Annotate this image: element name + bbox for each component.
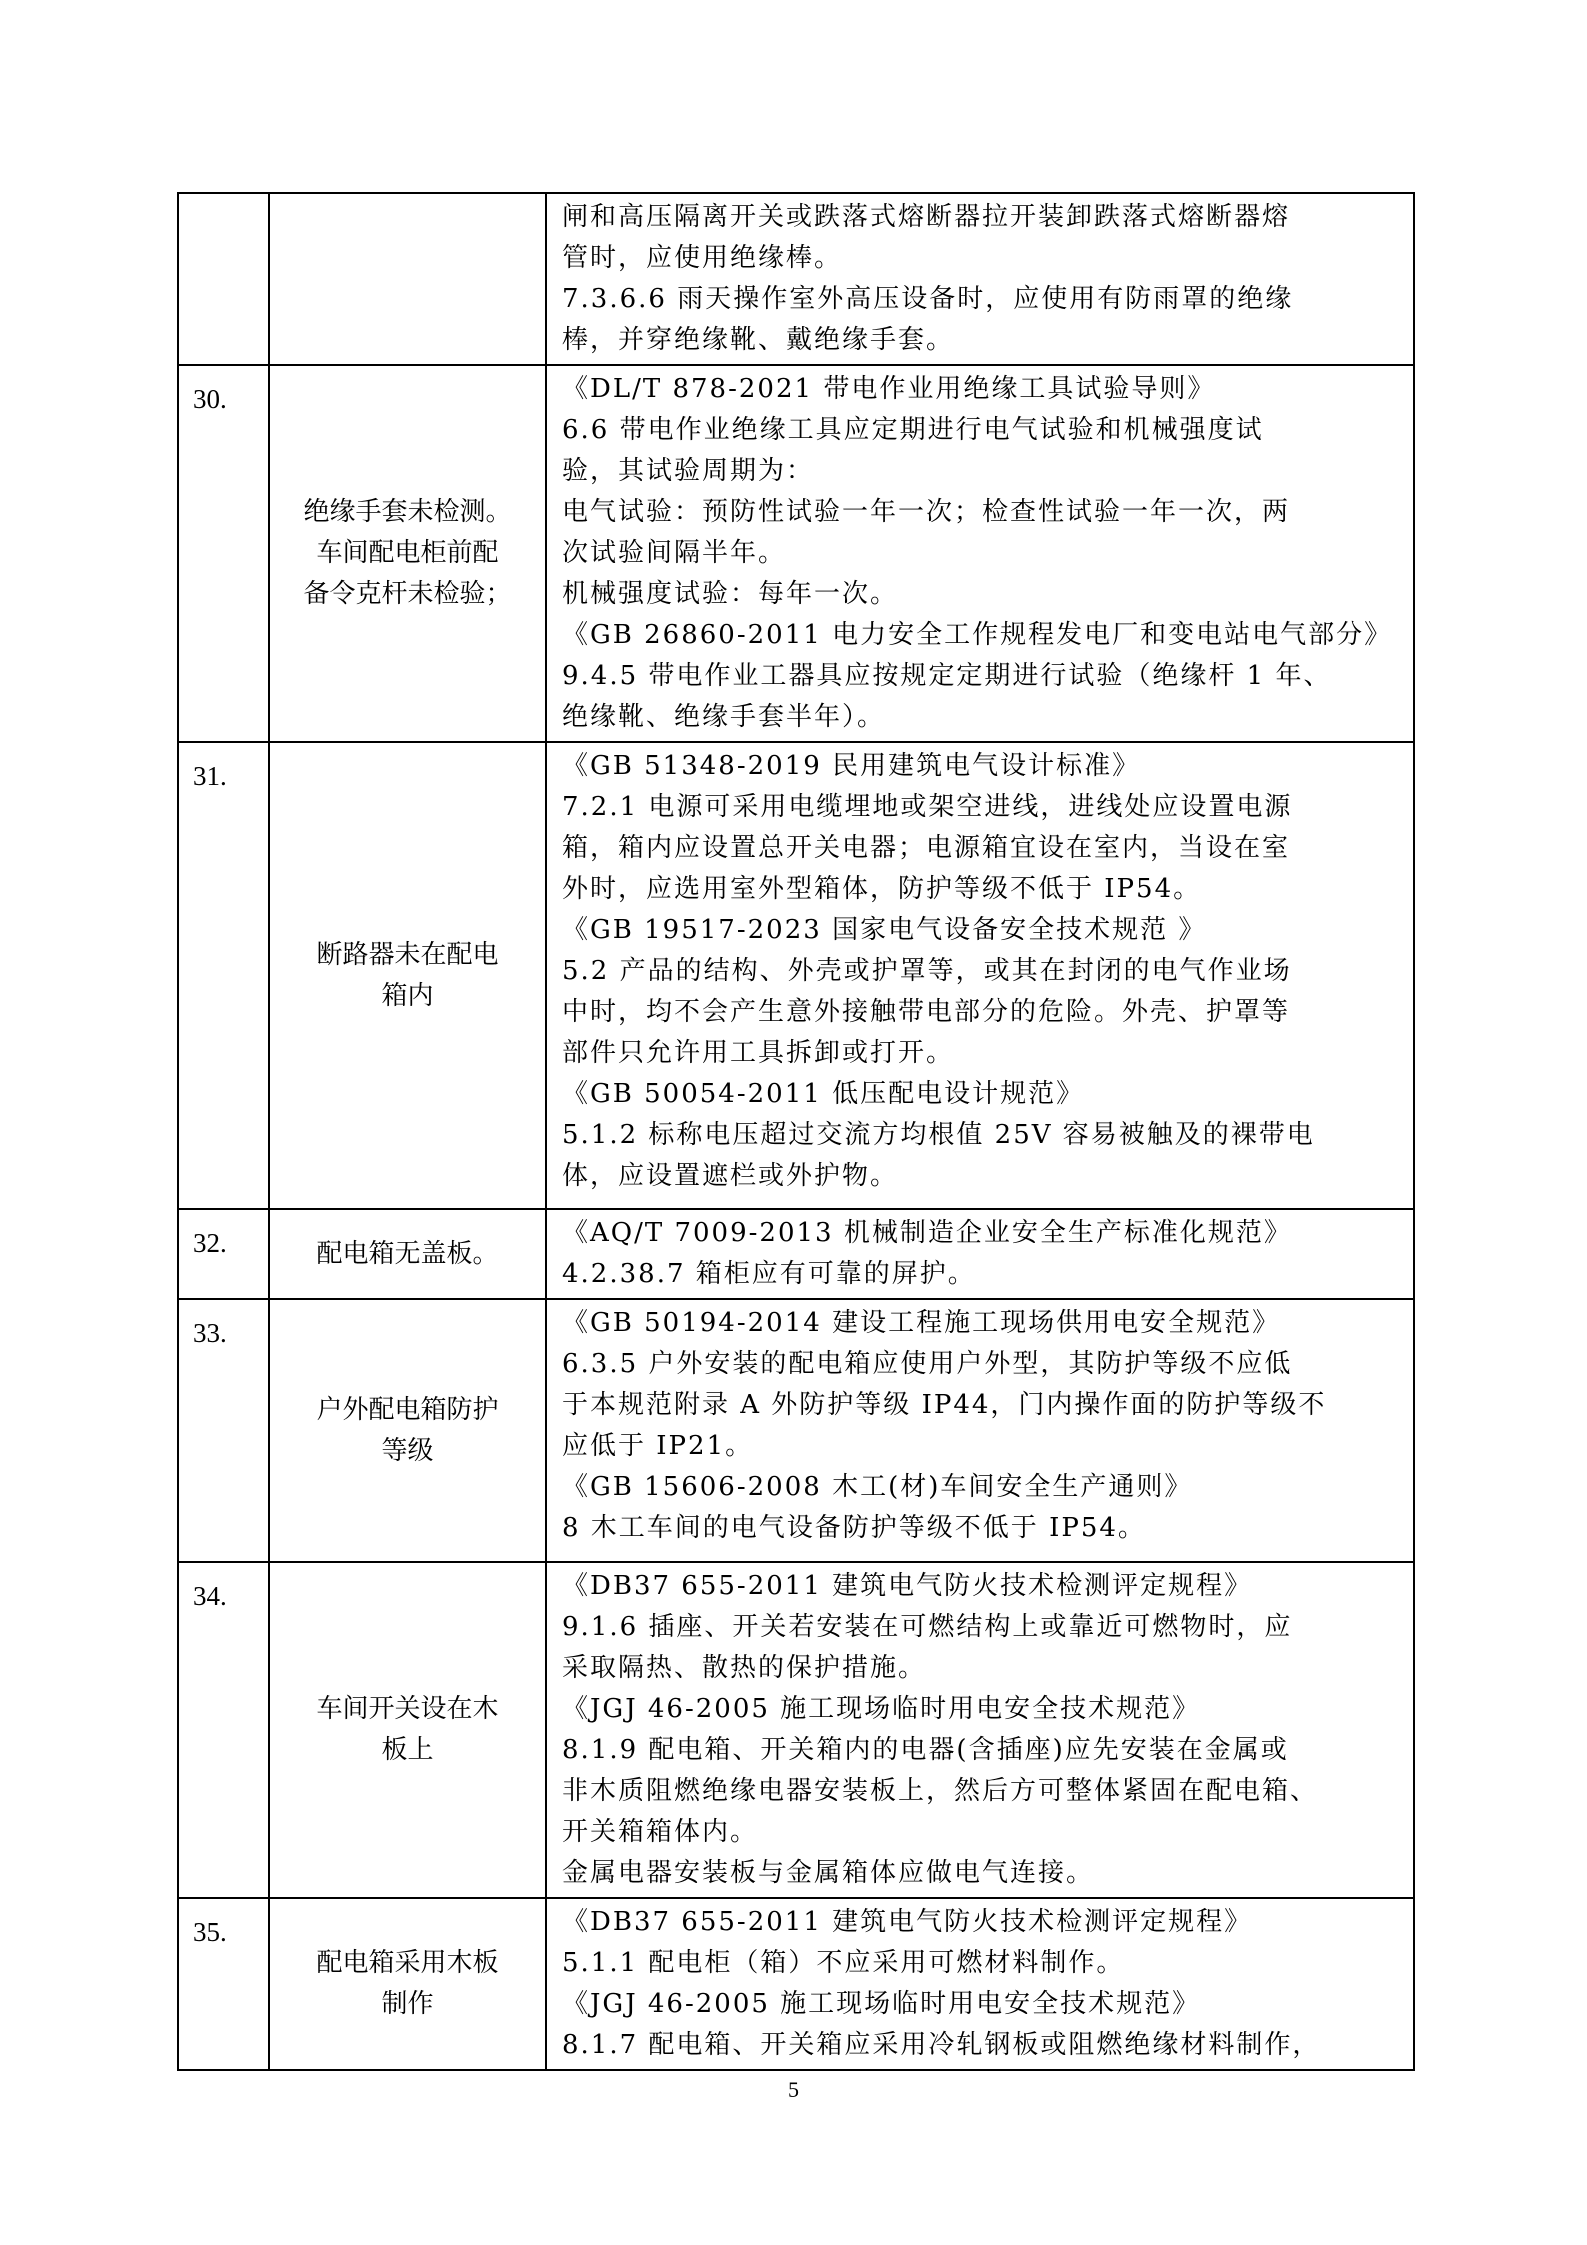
- item-number-cell: 34.: [178, 1562, 269, 1898]
- clause-text: 于本规范附录 A 外防护等级 IP44，门内操作面的防护等级不: [562, 1385, 1403, 1426]
- hazard-description-cell: [269, 193, 546, 365]
- standard-reference: 《DL/T 878-2021 带电作业用绝缘工具试验导则》: [562, 369, 1403, 410]
- clause-text: 5.1.2 标称电压超过交流方均根值 25V 容易被触及的裸带电: [562, 1115, 1403, 1156]
- clause-text: 次试验间隔半年。: [562, 533, 1403, 574]
- standard-reference: 《GB 19517-2023 国家电气设备安全技术规范 》: [562, 910, 1403, 951]
- clause-text: 采取隔热、散热的保护措施。: [562, 1648, 1403, 1689]
- hazard-description-line: 车间配电柜前配: [274, 533, 541, 574]
- standard-reference: 《GB 50194-2014 建设工程施工现场供用电安全规范》: [562, 1303, 1403, 1344]
- hazard-description-line: 制作: [274, 1984, 541, 2025]
- clause-text: 体，应设置遮栏或外护物。: [562, 1156, 1403, 1197]
- clause-text: 7.2.1 电源可采用电缆埋地或架空进线，进线处应设置电源: [562, 787, 1403, 828]
- hazard-description-line: 等级: [274, 1431, 541, 1472]
- hazard-description-cell: 配电箱采用木板制作: [269, 1898, 546, 2070]
- clause-text: 绝缘靴、绝缘手套半年）。: [562, 697, 1403, 738]
- hazard-description-cell: 车间开关设在木板上: [269, 1562, 546, 1898]
- standard-reference: 《GB 50054-2011 低压配电设计规范》: [562, 1074, 1403, 1115]
- item-number: 31.: [179, 743, 268, 791]
- regulation-basis-cell: 《DB37 655-2011 建筑电气防火技术检测评定规程》5.1.1 配电柜（…: [546, 1898, 1414, 2070]
- clause-text: 8.1.9 配电箱、开关箱内的电器(含插座)应先安装在金属或: [562, 1730, 1403, 1771]
- hazard-description-cell: 断路器未在配电箱内: [269, 742, 546, 1209]
- hazard-description: 车间开关设在木板上: [270, 1689, 545, 1771]
- page-number: 5: [0, 2077, 1587, 2103]
- standard-reference: 《GB 15606-2008 木工(材)车间安全生产通则》: [562, 1467, 1403, 1508]
- document-page: 闸和高压隔离开关或跌落式熔断器拉开装卸跌落式熔断器熔管时，应使用绝缘棒。7.3.…: [0, 0, 1587, 2245]
- regulation-basis: 《DB37 655-2011 建筑电气防火技术检测评定规程》9.1.6 插座、开…: [547, 1563, 1413, 1897]
- regulation-basis-cell: 《GB 51348-2019 民用建筑电气设计标准》7.2.1 电源可采用电缆埋…: [546, 742, 1414, 1209]
- regulation-basis: 《DB37 655-2011 建筑电气防火技术检测评定规程》5.1.1 配电柜（…: [547, 1899, 1413, 2069]
- hazard-description-cell: 配电箱无盖板。: [269, 1209, 546, 1299]
- clause-text: 开关箱箱体内。: [562, 1812, 1403, 1853]
- clause-text: 管时，应使用绝缘棒。: [562, 238, 1403, 279]
- item-number: 35.: [179, 1899, 268, 1947]
- clause-text: 闸和高压隔离开关或跌落式熔断器拉开装卸跌落式熔断器熔: [562, 197, 1403, 238]
- regulation-basis: 闸和高压隔离开关或跌落式熔断器拉开装卸跌落式熔断器熔管时，应使用绝缘棒。7.3.…: [547, 194, 1413, 364]
- standard-reference: 《AQ/T 7009-2013 机械制造企业安全生产标准化规范》: [562, 1213, 1403, 1254]
- clause-text: 8.1.7 配电箱、开关箱应采用冷轧钢板或阻燃绝缘材料制作，: [562, 2025, 1403, 2066]
- clause-text: 8 木工车间的电气设备防护等级不低于 IP54。: [562, 1508, 1403, 1549]
- standard-reference: 《JGJ 46-2005 施工现场临时用电安全技术规范》: [562, 1984, 1403, 2025]
- item-number-cell: 31.: [178, 742, 269, 1209]
- hazard-description-line: 断路器未在配电: [274, 935, 541, 976]
- hazard-description-cell: 绝缘手套未检测。车间配电柜前配备令克杆未检验；: [269, 365, 546, 742]
- hazard-description-line: 绝缘手套未检测。: [274, 492, 541, 533]
- standard-reference: 《GB 51348-2019 民用建筑电气设计标准》: [562, 746, 1403, 787]
- standard-reference: 《DB37 655-2011 建筑电气防火技术检测评定规程》: [562, 1566, 1403, 1607]
- clause-text: 外时，应选用室外型箱体，防护等级不低于 IP54。: [562, 869, 1403, 910]
- hazard-description-cell: 户外配电箱防护等级: [269, 1299, 546, 1562]
- hazard-description-line: 备令克杆未检验；: [274, 574, 541, 615]
- clause-text: 5.1.1 配电柜（箱）不应采用可燃材料制作。: [562, 1943, 1403, 1984]
- clause-text: 6.6 带电作业绝缘工具应定期进行电气试验和机械强度试: [562, 410, 1403, 451]
- regulation-basis: 《GB 51348-2019 民用建筑电气设计标准》7.2.1 电源可采用电缆埋…: [547, 743, 1413, 1200]
- clause-text: 应低于 IP21。: [562, 1426, 1403, 1467]
- item-number-cell: [178, 193, 269, 365]
- item-number: 33.: [179, 1300, 268, 1348]
- hazard-description-line: 配电箱无盖板。: [274, 1234, 541, 1275]
- clause-text: 中时，均不会产生意外接触带电部分的危险。外壳、护罩等: [562, 992, 1403, 1033]
- table-body: 闸和高压隔离开关或跌落式熔断器拉开装卸跌落式熔断器熔管时，应使用绝缘棒。7.3.…: [178, 193, 1414, 2070]
- standard-reference: 《DB37 655-2011 建筑电气防火技术检测评定规程》: [562, 1902, 1403, 1943]
- clause-text: 棒，并穿绝缘靴、戴绝缘手套。: [562, 320, 1403, 361]
- hazard-description: 户外配电箱防护等级: [270, 1390, 545, 1472]
- item-number: [179, 194, 268, 212]
- regulation-basis-cell: 闸和高压隔离开关或跌落式熔断器拉开装卸跌落式熔断器熔管时，应使用绝缘棒。7.3.…: [546, 193, 1414, 365]
- standard-reference: 《JGJ 46-2005 施工现场临时用电安全技术规范》: [562, 1689, 1403, 1730]
- regulation-basis: 《GB 50194-2014 建设工程施工现场供用电安全规范》6.3.5 户外安…: [547, 1300, 1413, 1552]
- table-row: 31.断路器未在配电箱内《GB 51348-2019 民用建筑电气设计标准》7.…: [178, 742, 1414, 1209]
- clause-text: 箱，箱内应设置总开关电器；电源箱宜设在室内，当设在室: [562, 828, 1403, 869]
- regulation-basis-cell: 《DB37 655-2011 建筑电气防火技术检测评定规程》9.1.6 插座、开…: [546, 1562, 1414, 1898]
- clause-text: 金属电器安装板与金属箱体应做电气连接。: [562, 1853, 1403, 1894]
- hazard-description-line: 户外配电箱防护: [274, 1390, 541, 1431]
- clause-text: 9.1.6 插座、开关若安装在可燃结构上或靠近可燃物时，应: [562, 1607, 1403, 1648]
- hazard-description-line: 配电箱采用木板: [274, 1943, 541, 1984]
- hazard-description: 配电箱无盖板。: [270, 1234, 545, 1275]
- item-number: 30.: [179, 366, 268, 414]
- hazard-description: 绝缘手套未检测。车间配电柜前配备令克杆未检验；: [270, 492, 545, 615]
- table-row: 闸和高压隔离开关或跌落式熔断器拉开装卸跌落式熔断器熔管时，应使用绝缘棒。7.3.…: [178, 193, 1414, 365]
- clause-text: 9.4.5 带电作业工器具应按规定定期进行试验（绝缘杆 1 年、: [562, 656, 1403, 697]
- item-number-cell: 33.: [178, 1299, 269, 1562]
- clause-text: 部件只允许用工具拆卸或打开。: [562, 1033, 1403, 1074]
- hazard-description: 配电箱采用木板制作: [270, 1943, 545, 2025]
- hazard-description-line: 板上: [274, 1730, 541, 1771]
- hazard-description-line: 箱内: [274, 976, 541, 1017]
- hazard-description: 断路器未在配电箱内: [270, 935, 545, 1017]
- clause-text: 机械强度试验：每年一次。: [562, 574, 1403, 615]
- clause-text: 电气试验：预防性试验一年一次；检查性试验一年一次，两: [562, 492, 1403, 533]
- clause-text: 验，其试验周期为：: [562, 451, 1403, 492]
- item-number-cell: 35.: [178, 1898, 269, 2070]
- table-row: 30.绝缘手套未检测。车间配电柜前配备令克杆未检验；《DL/T 878-2021…: [178, 365, 1414, 742]
- item-number-cell: 30.: [178, 365, 269, 742]
- clause-text: 非木质阻燃绝缘电器安装板上，然后方可整体紧固在配电箱、: [562, 1771, 1403, 1812]
- regulation-basis-cell: 《DL/T 878-2021 带电作业用绝缘工具试验导则》6.6 带电作业绝缘工…: [546, 365, 1414, 742]
- table-row: 35.配电箱采用木板制作《DB37 655-2011 建筑电气防火技术检测评定规…: [178, 1898, 1414, 2070]
- item-number: 32.: [179, 1210, 268, 1258]
- clause-text: 6.3.5 户外安装的配电箱应使用户外型，其防护等级不应低: [562, 1344, 1403, 1385]
- clause-text: 4.2.38.7 箱柜应有可靠的屏护。: [562, 1254, 1403, 1295]
- table-row: 33.户外配电箱防护等级《GB 50194-2014 建设工程施工现场供用电安全…: [178, 1299, 1414, 1562]
- table-row: 34.车间开关设在木板上《DB37 655-2011 建筑电气防火技术检测评定规…: [178, 1562, 1414, 1898]
- standard-reference: 《GB 26860-2011 电力安全工作规程发电厂和变电站电气部分》: [562, 615, 1403, 656]
- regulation-table: 闸和高压隔离开关或跌落式熔断器拉开装卸跌落式熔断器熔管时，应使用绝缘棒。7.3.…: [177, 192, 1415, 2071]
- regulation-basis: 《AQ/T 7009-2013 机械制造企业安全生产标准化规范》4.2.38.7…: [547, 1210, 1413, 1298]
- clause-text: 7.3.6.6 雨天操作室外高压设备时，应使用有防雨罩的绝缘: [562, 279, 1403, 320]
- hazard-description-line: 车间开关设在木: [274, 1689, 541, 1730]
- regulation-basis-cell: 《GB 50194-2014 建设工程施工现场供用电安全规范》6.3.5 户外安…: [546, 1299, 1414, 1562]
- item-number: 34.: [179, 1563, 268, 1611]
- regulation-basis: 《DL/T 878-2021 带电作业用绝缘工具试验导则》6.6 带电作业绝缘工…: [547, 366, 1413, 741]
- clause-text: 5.2 产品的结构、外壳或护罩等，或其在封闭的电气作业场: [562, 951, 1403, 992]
- table-row: 32.配电箱无盖板。《AQ/T 7009-2013 机械制造企业安全生产标准化规…: [178, 1209, 1414, 1299]
- regulation-basis-cell: 《AQ/T 7009-2013 机械制造企业安全生产标准化规范》4.2.38.7…: [546, 1209, 1414, 1299]
- item-number-cell: 32.: [178, 1209, 269, 1299]
